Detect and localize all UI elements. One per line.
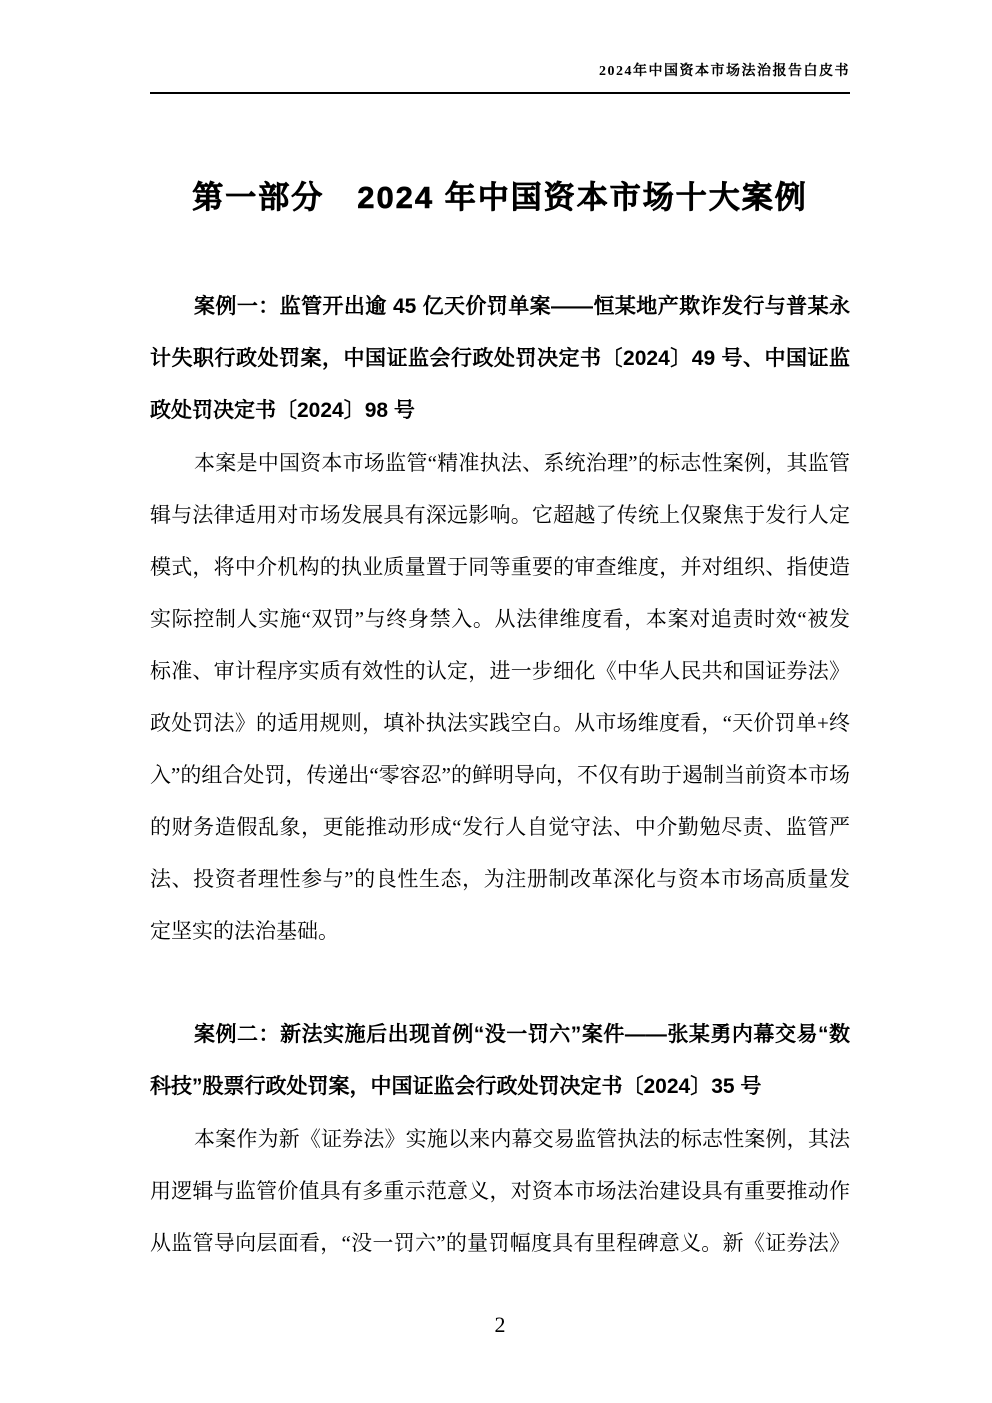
text-line: 模式，将中介机构的执业质量置于同等重要的审查维度，并对组织、指使造假的	[150, 541, 850, 593]
text-line: 政处罚法》的适用规则，填补执法实践空白。从市场维度看，“天价罚单+终身禁	[150, 697, 850, 749]
page-number: 2	[150, 1312, 850, 1338]
text-line: 定坚实的法治基础。	[150, 905, 850, 957]
case2-heading: 案例二：新法实施后出现首例“没一罚六”案件——张某勇内幕交易“数某科技”股票行政…	[150, 1009, 850, 1113]
text-line: 本案是中国资本市场监管“精准执法、系统治理”的标志性案例，其监管逻	[150, 437, 850, 489]
text-line: 用逻辑与监管价值具有多重示范意义，对资本市场法治建设具有重要推动作用。	[150, 1165, 850, 1217]
header-rule	[150, 92, 850, 94]
page-header: 2024年中国资本市场法治报告白皮书	[150, 60, 850, 80]
text-line: 辑与法律适用对市场发展具有深远影响。它超越了传统上仅聚焦于发行人定性的	[150, 489, 850, 541]
text-line: 案例一：监管开出逾 45 亿天价罚单案——恒某地产欺诈发行与普某永道审	[150, 281, 850, 333]
case1-heading: 案例一：监管开出逾 45 亿天价罚单案——恒某地产欺诈发行与普某永道审计失职行政…	[150, 281, 850, 437]
text-line: 实际控制人实施“双罚”与终身禁入。从法律维度看，本案对追责时效“被发现”	[150, 593, 850, 645]
document-body: 案例一：监管开出逾 45 亿天价罚单案——恒某地产欺诈发行与普某永道审计失职行政…	[150, 281, 850, 1269]
text-line: 科技”股票行政处罚案，中国证监会行政处罚决定书〔2024〕35 号	[150, 1061, 850, 1113]
case1-body: 本案是中国资本市场监管“精准执法、系统治理”的标志性案例，其监管逻辑与法律适用对…	[150, 437, 850, 957]
text-line: 案例二：新法实施后出现首例“没一罚六”案件——张某勇内幕交易“数某	[150, 1009, 850, 1061]
header-title: 2024年中国资本市场法治报告白皮书	[599, 64, 850, 79]
case2-body: 本案作为新《证券法》实施以来内幕交易监管执法的标志性案例，其法律适用逻辑与监管价…	[150, 1113, 850, 1269]
document-page: 2024年中国资本市场法治报告白皮书 第一部分 2024 年中国资本市场十大案例…	[0, 0, 992, 1403]
text-line: 法、投资者理性参与”的良性生态，为注册制改革深化与资本市场高质量发展奠	[150, 853, 850, 905]
text-line: 的财务造假乱象，更能推动形成“发行人自觉守法、中介勤勉尽责、监管严格执	[150, 801, 850, 853]
section-title: 第一部分 2024 年中国资本市场十大案例	[150, 172, 850, 217]
text-line: 从监管导向层面看，“没一罚六”的量罚幅度具有里程碑意义。新《证券法》虽	[150, 1217, 850, 1269]
text-line: 计失职行政处罚案，中国证监会行政处罚决定书〔2024〕49 号、中国证监会行	[150, 333, 850, 385]
text-line: 标准、审计程序实质有效性的认定，进一步细化《中华人民共和国证券法》《行	[150, 645, 850, 697]
text-line: 入”的组合处罚，传递出“零容忍”的鲜明导向，不仅有助于遏制当前资本市场	[150, 749, 850, 801]
text-line: 政处罚决定书〔2024〕98 号	[150, 385, 850, 437]
text-line: 本案作为新《证券法》实施以来内幕交易监管执法的标志性案例，其法律适	[150, 1113, 850, 1165]
